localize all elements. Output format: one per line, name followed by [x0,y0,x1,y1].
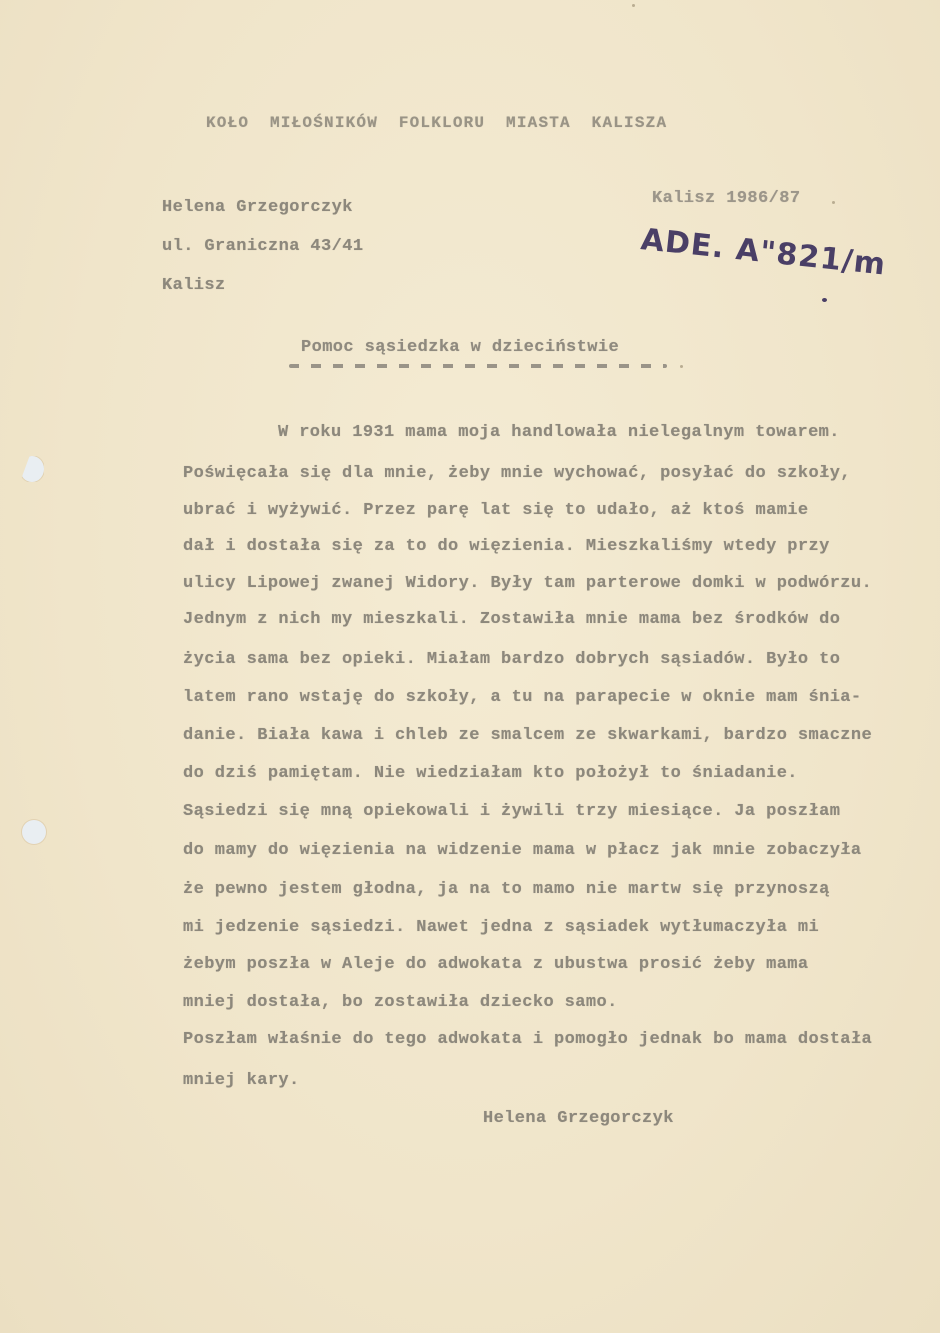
body-line: Sąsiedzi się mną opiekowali i żywili trz… [183,802,840,821]
body-line: Jednym z nich my mieszkali. Zostawiła mn… [183,610,840,629]
author-name: Helena Grzegorczyk [162,198,353,217]
ink-dot [822,298,827,302]
body-line: Poszłam właśnie do tego adwokata i pomog… [183,1030,872,1049]
body-line: ubrać i wyżywić. Przez parę lat się to u… [183,501,809,520]
punch-hole [20,456,44,482]
body-line: dał i dostała się za to do więzienia. Mi… [183,537,830,556]
body-line: danie. Biała kawa i chleb ze smalcem ze … [183,726,872,745]
document-title: Pomoc sąsiedzka w dzieciństwie [301,338,619,357]
paper-speck [832,201,835,204]
body-line: życia sama bez opieki. Miałam bardzo dob… [183,650,840,669]
organization-header: KOŁO MIŁOŚNIKÓW FOLKLORU MIASTA KALISZA [206,114,667,132]
punch-hole [22,820,46,844]
body-line: Poświęcała się dla mnie, żeby mnie wycho… [183,464,851,483]
body-line: do mamy do więzienia na widzenie mama w … [183,841,862,860]
body-line: ulicy Lipowej zwanej Widory. Były tam pa… [183,574,872,593]
body-line: mniej kary. [183,1071,300,1090]
paper-speck [632,4,635,7]
body-line: do dziś pamiętam. Nie wiedziałam kto poł… [183,764,798,783]
body-line: że pewno jestem głodna, ja na to mamo ni… [183,880,830,899]
body-line: żebym poszła w Aleje do adwokata z ubust… [183,955,809,974]
paper-speck [680,365,683,368]
author-signature: Helena Grzegorczyk [483,1109,674,1128]
body-line: mniej dostała, bo zostawiła dziecko samo… [183,993,618,1012]
body-line: W roku 1931 mama moja handlowała nielega… [278,423,840,442]
body-line: mi jedzenie sąsiedzi. Nawet jedna z sąsi… [183,918,819,937]
author-street: ul. Graniczna 43/41 [162,237,363,256]
author-city: Kalisz [162,276,226,295]
archive-signature-handwritten: ADE. A"821/m [639,222,887,283]
title-dashed-underline [289,364,667,368]
document-page: KOŁO MIŁOŚNIKÓW FOLKLORU MIASTA KALISZA … [0,0,940,1333]
place-date: Kalisz 1986/87 [652,189,800,208]
body-line: latem rano wstaję do szkoły, a tu na par… [183,688,862,707]
